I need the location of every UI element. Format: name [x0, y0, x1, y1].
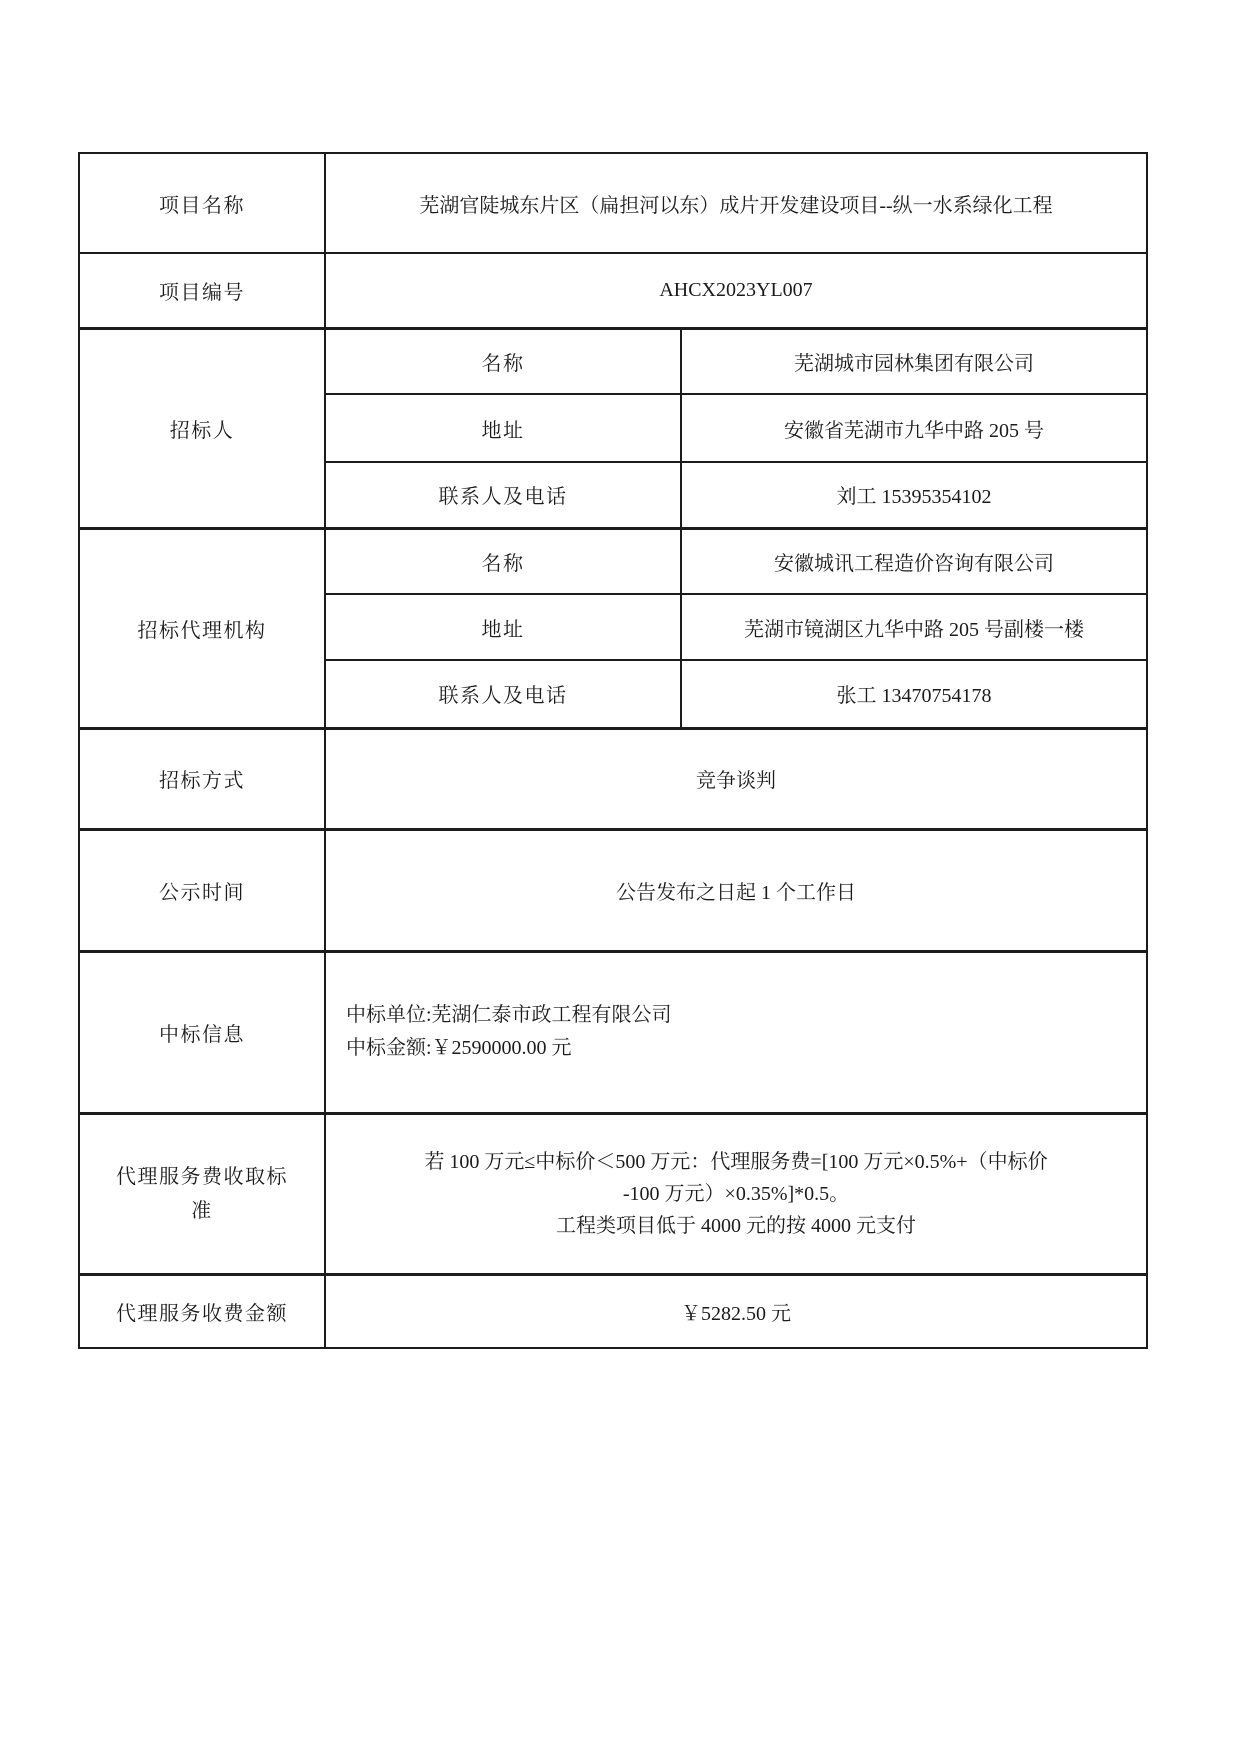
award-amount-line: 中标金额:￥2590000.00 元: [346, 1032, 1136, 1065]
fee-standard-line3: 工程类项目低于 4000 元的按 4000 元支付: [336, 1210, 1136, 1242]
project-name-value: 芜湖官陡城东片区（扁担河以东）成片开发建设项目--纵一水系绿化工程: [325, 153, 1147, 253]
row-fee-amount: 代理服务收费金额 ￥5282.50 元: [79, 1274, 1147, 1348]
tenderer-address-value: 安徽省芜湖市九华中路 205 号: [681, 394, 1147, 462]
agency-name-label: 名称: [325, 528, 681, 594]
row-fee-standard: 代理服务费收取标准 若 100 万元≤中标价＜500 万元：代理服务费=[100…: [79, 1113, 1147, 1274]
agency-contact-value: 张工 13470754178: [681, 660, 1147, 728]
fee-amount-value: ￥5282.50 元: [325, 1274, 1147, 1348]
award-info-label: 中标信息: [79, 951, 325, 1113]
project-code-label: 项目编号: [79, 253, 325, 328]
publicity-period-value: 公告发布之日起 1 个工作日: [325, 829, 1147, 951]
agency-name-value: 安徽城讯工程造价咨询有限公司: [681, 528, 1147, 594]
fee-standard-label: 代理服务费收取标准: [79, 1113, 325, 1274]
row-method: 招标方式 竞争谈判: [79, 728, 1147, 829]
tenderer-contact-value: 刘工 15395354102: [681, 462, 1147, 528]
fee-standard-value: 若 100 万元≤中标价＜500 万元：代理服务费=[100 万元×0.5%+（…: [325, 1113, 1147, 1274]
tenderer-address-label: 地址: [325, 394, 681, 462]
project-name-label: 项目名称: [79, 153, 325, 253]
row-project-name: 项目名称 芜湖官陡城东片区（扁担河以东）成片开发建设项目--纵一水系绿化工程: [79, 153, 1147, 253]
method-label: 招标方式: [79, 728, 325, 829]
tenderer-name-label: 名称: [325, 328, 681, 394]
row-award-info: 中标信息 中标单位:芜湖仁泰市政工程有限公司 中标金额:￥2590000.00 …: [79, 951, 1147, 1113]
document-page: 项目名称 芜湖官陡城东片区（扁担河以东）成片开发建设项目--纵一水系绿化工程 项…: [0, 0, 1240, 1754]
tenderer-name-value: 芜湖城市园林集团有限公司: [681, 328, 1147, 394]
agency-label: 招标代理机构: [79, 528, 325, 728]
agency-address-value: 芜湖市镜湖区九华中路 205 号副楼一楼: [681, 594, 1147, 660]
project-info-table: 项目名称 芜湖官陡城东片区（扁担河以东）成片开发建设项目--纵一水系绿化工程 项…: [78, 152, 1148, 1349]
fee-standard-line2: -100 万元）×0.35%]*0.5。: [336, 1178, 1136, 1210]
row-tenderer-name: 招标人 名称 芜湖城市园林集团有限公司: [79, 328, 1147, 394]
fee-standard-label-text: 代理服务费收取标准: [113, 1160, 291, 1228]
fee-standard-line1: 若 100 万元≤中标价＜500 万元：代理服务费=[100 万元×0.5%+（…: [336, 1146, 1136, 1178]
row-agency-name: 招标代理机构 名称 安徽城讯工程造价咨询有限公司: [79, 528, 1147, 594]
publicity-period-label: 公示时间: [79, 829, 325, 951]
tenderer-label: 招标人: [79, 328, 325, 528]
project-code-value: AHCX2023YL007: [325, 253, 1147, 328]
award-winner-line: 中标单位:芜湖仁泰市政工程有限公司: [346, 999, 1136, 1032]
fee-amount-label: 代理服务收费金额: [79, 1274, 325, 1348]
row-project-code: 项目编号 AHCX2023YL007: [79, 253, 1147, 328]
agency-contact-label: 联系人及电话: [325, 660, 681, 728]
tenderer-contact-label: 联系人及电话: [325, 462, 681, 528]
row-publicity-period: 公示时间 公告发布之日起 1 个工作日: [79, 829, 1147, 951]
agency-address-label: 地址: [325, 594, 681, 660]
method-value: 竞争谈判: [325, 728, 1147, 829]
award-info-value: 中标单位:芜湖仁泰市政工程有限公司 中标金额:￥2590000.00 元: [325, 951, 1147, 1113]
